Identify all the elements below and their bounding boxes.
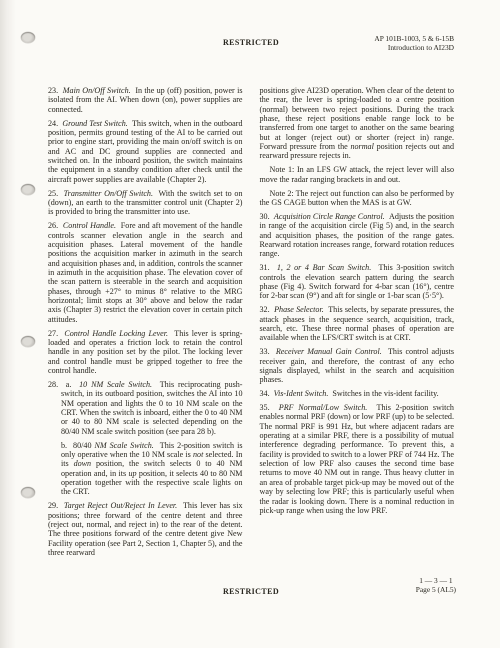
security-marking-bottom: RESTRICTED [48,587,454,596]
page-number: Page 5 (AL5) [416,586,456,595]
paragraph: 34. Vis-Ident Switch. Switches in the vi… [260,389,455,398]
paragraph: 24. Ground Test Switch. This switch, whe… [48,119,243,184]
paragraph: 32. Phase Selector. This selects, by sep… [260,305,455,342]
paragraph: 33. Receiver Manual Gain Control. This c… [260,347,455,384]
right-column: positions give AI23D operation. When cle… [260,86,455,562]
page-reference: 1 — 3 — 1 Page 5 (AL5) [416,577,456,595]
paragraph: 23. Main On/Off Switch. In the up (off) … [48,86,243,114]
paragraph: 25. Transmitter On/Off Switch. With the … [48,189,243,217]
punch-hole [21,32,35,43]
paragraph: 31. 1, 2 or 4 Bar Scan Switch. This 3-po… [260,263,455,300]
paragraph: 30. Acquisition Circle Range Control. Ad… [260,212,455,259]
paragraph: 28. a. 10 NM Scale Switch. This reciproc… [48,380,243,436]
punch-hole [21,184,35,195]
document-subtitle: Introduction to AI23D [374,44,454,53]
left-column: 23. Main On/Off Switch. In the up (off) … [48,86,243,562]
punch-hole [21,487,35,498]
paragraph: 26. Control Handle. Fore and aft movemen… [48,221,243,324]
paragraph: Note 2: The reject out function can also… [260,189,455,208]
page-body: 23. Main On/Off Switch. In the up (off) … [48,86,454,562]
paragraph: 35. PRF Normal/Low Switch. This 2-positi… [260,403,455,515]
paragraph: positions give AI23D operation. When cle… [260,86,455,161]
document-page: RESTRICTED AP 101B-1003, 5 & 6-15B Intro… [0,0,500,648]
paragraph: 27. Control Handle Locking Lever. This l… [48,329,243,376]
paragraph: Note 1: In an LFS GW attack, the reject … [260,165,455,184]
paragraph: b. 80/40 NM Scale Switch. This 2-positio… [48,441,243,497]
paragraph: 29. Target Reject Out/Reject In Lever. T… [48,501,243,557]
document-reference: AP 101B-1003, 5 & 6-15B Introduction to … [374,35,454,52]
page-footer: RESTRICTED 1 — 3 — 1 Page 5 (AL5) [48,577,454,601]
punch-hole [21,336,35,347]
scan-edge-shadow [0,0,16,648]
